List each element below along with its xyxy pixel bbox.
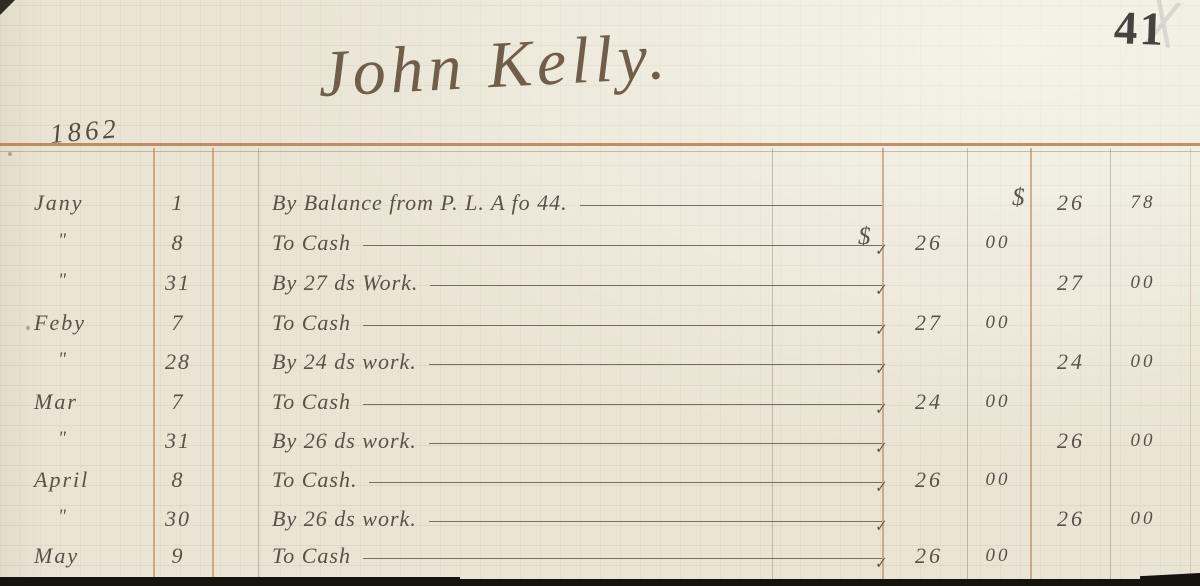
fill-dash-line — [363, 558, 882, 559]
fill-dash-line — [363, 245, 882, 246]
check-mark: ✓ — [872, 359, 888, 380]
fill-dash-line — [363, 404, 882, 405]
debit-dollars: 24 — [895, 389, 963, 415]
debit-dollars: 26 — [895, 543, 963, 569]
check-mark: ✓ — [872, 240, 888, 261]
check-mark: ✓ — [872, 320, 888, 341]
check-mark: ✓ — [872, 399, 888, 420]
day-cell: 31 — [148, 428, 208, 454]
debit-cents: 00 — [972, 391, 1024, 413]
day-cell: 9 — [148, 543, 208, 569]
debit-cents: 00 — [972, 469, 1024, 491]
check-mark: ✓ — [872, 477, 888, 498]
fill-dash-line — [429, 364, 882, 365]
ledger-row: Jany 1 By Balance from P. L. A fo 44. $ … — [0, 190, 1200, 224]
fill-dash-line — [580, 205, 882, 206]
description-cell: To Cash — [272, 310, 351, 336]
description-cell: By 27 ds Work. — [272, 270, 418, 296]
page-number: 41 — [1113, 1, 1166, 57]
description-cell: By Balance from P. L. A fo 44. — [272, 190, 568, 216]
paper-speck — [26, 326, 30, 330]
check-mark: ✓ — [872, 516, 888, 537]
debit-cents: 00 — [972, 545, 1024, 567]
day-cell: 8 — [148, 230, 208, 256]
day-cell: 31 — [148, 270, 208, 296]
fill-dash-line — [363, 325, 882, 326]
page-bottom-edge — [0, 579, 1200, 586]
debit-dollars: 26 — [895, 467, 963, 493]
page-corner-shadow — [0, 0, 15, 15]
header-rule — [0, 143, 1200, 152]
description-cell: By 26 ds work. — [272, 428, 417, 454]
account-title: John Kelly. — [316, 19, 671, 113]
day-cell: 1 — [148, 190, 208, 216]
debit-cents: 00 — [972, 312, 1024, 334]
description-cell: To Cash — [272, 230, 351, 256]
description-cell: By 26 ds work. — [272, 506, 417, 532]
credit-cents: 00 — [1116, 430, 1170, 452]
fill-dash-line — [430, 285, 882, 286]
month-cell: Jany — [34, 190, 146, 216]
fill-dash-line — [429, 443, 882, 444]
ledger-row: " 28 By 24 ds work. ✓ 24 00 — [0, 349, 1200, 383]
credit-cents: 00 — [1116, 508, 1170, 530]
credit-cents: 78 — [1116, 192, 1170, 214]
day-cell: 28 — [148, 349, 208, 375]
ledger-row: " 8 To Cash ✓ $ 26 00 — [0, 230, 1200, 264]
ledger-row: Feby 7 To Cash ✓ 27 00 — [0, 310, 1200, 344]
credit-dollars: 27 — [1036, 270, 1106, 296]
month-cell: Mar — [34, 389, 146, 415]
dollar-sign-mark: $ — [1012, 184, 1025, 212]
check-mark: ✓ — [872, 280, 888, 301]
day-cell: 30 — [148, 506, 208, 532]
paper-speck — [8, 152, 12, 156]
day-cell: 8 — [148, 467, 208, 493]
credit-dollars: 26 — [1036, 428, 1106, 454]
fill-dash-line — [369, 482, 882, 483]
ledger-row: May 9 To Cash ✓ 26 00 — [0, 543, 1200, 577]
description-cell: To Cash. — [272, 467, 357, 493]
month-cell: Feby — [34, 310, 146, 336]
credit-dollars: 26 — [1036, 190, 1106, 216]
ledger-row: Mar 7 To Cash ✓ 24 00 — [0, 389, 1200, 423]
ledger-row: " 31 By 26 ds work. ✓ 26 00 — [0, 428, 1200, 462]
credit-dollars: 24 — [1036, 349, 1106, 375]
fill-dash-line — [429, 521, 882, 522]
credit-cents: 00 — [1116, 351, 1170, 373]
credit-dollars: 26 — [1036, 506, 1106, 532]
dollar-sign-mark: $ — [858, 223, 871, 251]
debit-cents: 00 — [972, 232, 1024, 254]
description-cell: To Cash — [272, 543, 351, 569]
day-cell: 7 — [148, 310, 208, 336]
description-cell: By 24 ds work. — [272, 349, 417, 375]
description-cell: To Cash — [272, 389, 351, 415]
ledger-row: April 8 To Cash. ✓ 26 00 — [0, 467, 1200, 501]
day-cell: 7 — [148, 389, 208, 415]
ledger-page: 1862 John Kelly. 41 Jany 1 By Balance fr… — [0, 0, 1200, 586]
debit-dollars: 27 — [895, 310, 963, 336]
ledger-row: " 30 By 26 ds work. ✓ 26 00 — [0, 506, 1200, 540]
debit-dollars: 26 — [895, 230, 963, 256]
check-mark: ✓ — [872, 438, 888, 459]
ledger-row: " 31 By 27 ds Work. ✓ 27 00 — [0, 270, 1200, 304]
month-cell: May — [34, 543, 146, 569]
credit-cents: 00 — [1116, 272, 1170, 294]
month-cell: April — [34, 467, 146, 493]
check-mark: ✓ — [872, 553, 888, 574]
